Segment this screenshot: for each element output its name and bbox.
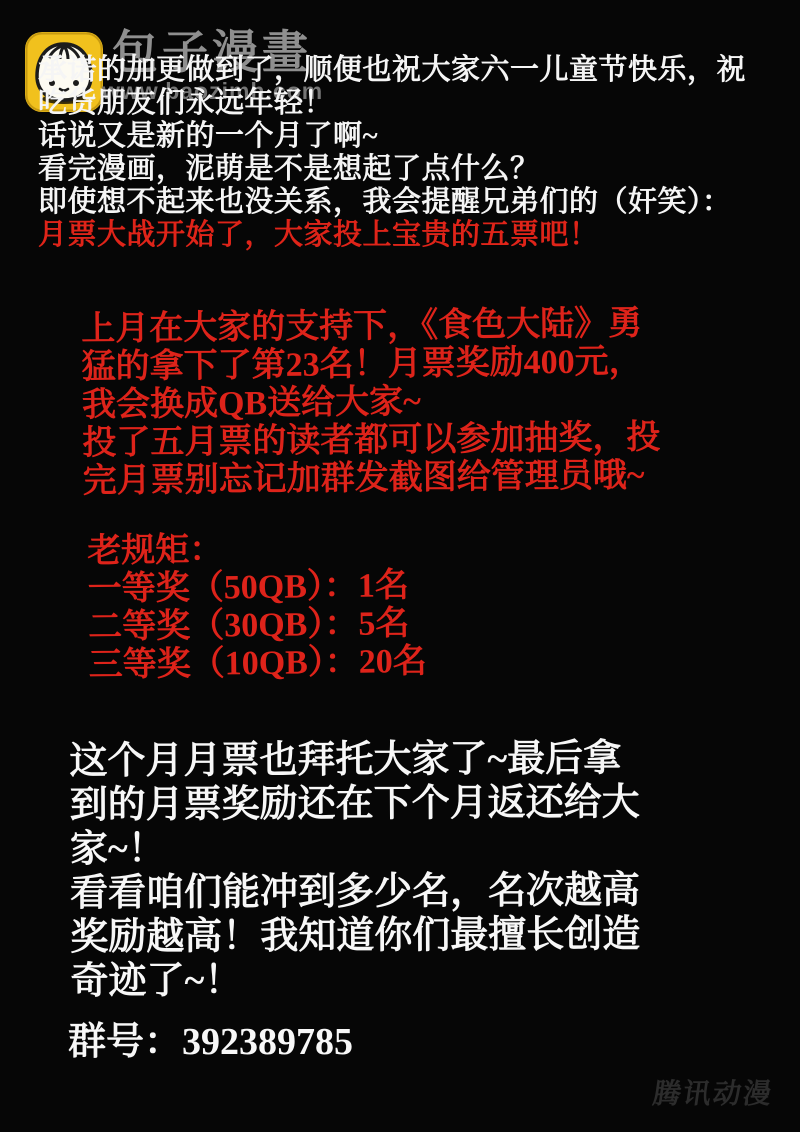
announcement-line: 完月票别忘记加群发截图给管理员哦~ (83, 457, 661, 501)
closing-line: 到的月票奖励还在下个月返还给大 (70, 781, 640, 828)
prize-tier-second: 二等奖（30QB）：5名 (88, 605, 427, 647)
announcement-line: 猛的拿下了第23名！月票奖励400元， (81, 343, 659, 387)
intro-line: 承诺的加更做到了，顺便也祝大家六一儿童节快乐，祝 (38, 54, 746, 87)
announcement-line: 投了五月票的读者都可以参加抽奖，投 (82, 419, 660, 463)
intro-line: 看完漫画，泥萌是不是想起了点什么？ (38, 153, 746, 186)
intro-line: 吃货朋友们永远年轻！ (38, 87, 746, 120)
prize-list-header: 老规矩： (87, 529, 426, 571)
tencent-comics-watermark: 腾讯动漫 (651, 1078, 776, 1110)
closing-line: 奇迹了~！ (70, 957, 640, 1004)
comic-afterword-page: 包子漫畫 www.baozimh.com 承诺的加更做到了，顺便也祝大家六一儿童… (0, 0, 800, 1132)
intro-line: 话说又是新的一个月了啊~ (38, 120, 746, 153)
closing-paragraph: 这个月月票也拜托大家了~最后拿 到的月票奖励还在下个月返还给大 家~！ 看看咱们… (69, 737, 640, 1004)
intro-paragraph: 承诺的加更做到了，顺便也祝大家六一儿童节快乐，祝 吃货朋友们永远年轻！ 话说又是… (38, 54, 746, 252)
ranking-announcement: 上月在大家的支持下，《食色大陆》勇 猛的拿下了第23名！月票奖励400元， 我会… (81, 305, 661, 501)
announcement-line: 我会换成QB送给大家~ (82, 381, 660, 425)
closing-line: 看看咱们能冲到多少名，名次越高 (70, 869, 640, 916)
announcement-line: 上月在大家的支持下，《食色大陆》勇 (81, 305, 659, 349)
closing-line: 这个月月票也拜托大家了~最后拿 (69, 737, 639, 784)
closing-line: 奖励越高！我知道你们最擅长创造 (70, 913, 640, 960)
prize-tier-first: 一等奖（50QB）：1名 (88, 567, 427, 609)
intro-line: 即使想不起来也没关系，我会提醒兄弟们的（奸笑）： (38, 186, 746, 219)
qq-group-number: 群号：392389785 (68, 1020, 353, 1064)
monthly-ticket-callout: 月票大战开始了，大家投上宝贵的五票吧！ (38, 219, 746, 252)
prize-tier-third: 三等奖（10QB）：20名 (88, 643, 427, 685)
closing-line: 家~！ (70, 825, 640, 872)
prize-list: 老规矩： 一等奖（50QB）：1名 二等奖（30QB）：5名 三等奖（10QB）… (87, 529, 427, 685)
